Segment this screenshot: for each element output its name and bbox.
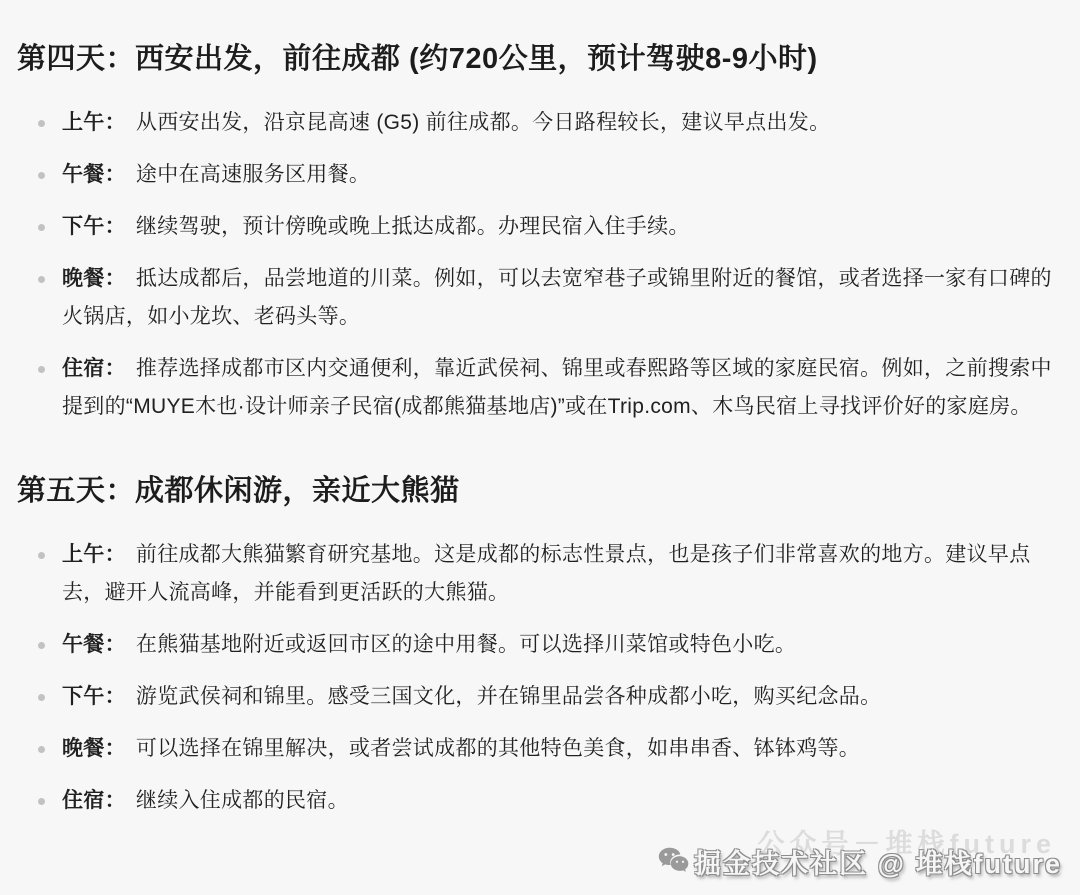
day-sections: 第四天：西安出发，前往成都 (约720公里，预计驾驶8-9小时) 上午：从西安出…	[17, 40, 1063, 820]
itinerary-item: 午餐：途中在高速服务区用餐。	[17, 156, 1063, 194]
item-label: 住宿：	[62, 357, 126, 380]
bullet-icon	[38, 172, 45, 179]
day-section: 第四天：西安出发，前往成都 (约720公里，预计驾驶8-9小时) 上午：从西安出…	[17, 40, 1063, 426]
item-label: 住宿：	[62, 789, 126, 812]
item-text: 在熊猫基地附近或返回市区的途中用餐。可以选择川菜馆或特色小吃。	[136, 633, 796, 656]
day-heading: 第五天：成都休闲游，亲近大熊猫	[17, 472, 1063, 510]
item-text: 从西安出发，沿京昆高速 (G5) 前往成都。今日路程较长，建议早点出发。	[136, 111, 830, 134]
item-label: 午餐：	[62, 633, 126, 656]
itinerary-item: 晚餐：可以选择在锦里解决，或者尝试成都的其他特色美食，如串串香、钵钵鸡等。	[17, 730, 1063, 768]
item-label: 上午：	[62, 111, 126, 134]
item-label: 下午：	[62, 215, 126, 238]
itinerary-item: 上午：从西安出发，沿京昆高速 (G5) 前往成都。今日路程较长，建议早点出发。	[17, 104, 1063, 142]
itinerary-item: 住宿：继续入住成都的民宿。	[17, 782, 1063, 820]
bullet-icon	[38, 642, 45, 649]
day-items: 上午：从西安出发，沿京昆高速 (G5) 前往成都。今日路程较长，建议早点出发。 …	[17, 104, 1063, 426]
bullet-icon	[38, 798, 45, 805]
itinerary-item: 上午：前往成都大熊猫繁育研究基地。这是成都的标志性景点，也是孩子们非常喜欢的地方…	[17, 536, 1063, 612]
itinerary-document: 第四天：西安出发，前往成都 (约720公里，预计驾驶8-9小时) 上午：从西安出…	[0, 0, 1080, 895]
day-items: 上午：前往成都大熊猫繁育研究基地。这是成都的标志性景点，也是孩子们非常喜欢的地方…	[17, 536, 1063, 820]
itinerary-item: 晚餐：抵达成都后，品尝地道的川菜。例如，可以去宽窄巷子或锦里附近的餐馆，或者选择…	[17, 260, 1063, 336]
item-text: 前往成都大熊猫繁育研究基地。这是成都的标志性景点，也是孩子们非常喜欢的地方。建议…	[62, 543, 1031, 604]
bullet-icon	[38, 552, 45, 559]
itinerary-item: 下午：游览武侯祠和锦里。感受三国文化，并在锦里品尝各种成都小吃，购买纪念品。	[17, 678, 1063, 716]
item-label: 上午：	[62, 543, 126, 566]
bullet-icon	[38, 694, 45, 701]
itinerary-item: 住宿：推荐选择成都市区内交通便利，靠近武侯祠、锦里或春熙路等区域的家庭民宿。例如…	[17, 350, 1063, 426]
watermark: 公众号－堆栈future 掘金技术社区 @ 堆栈future	[656, 835, 1062, 887]
bullet-icon	[38, 276, 45, 283]
bullet-icon	[38, 224, 45, 231]
itinerary-item: 午餐：在熊猫基地附近或返回市区的途中用餐。可以选择川菜馆或特色小吃。	[17, 626, 1063, 664]
item-text: 途中在高速服务区用餐。	[136, 163, 370, 186]
item-label: 晚餐：	[62, 737, 126, 760]
item-text: 继续驾驶，预计傍晚或晚上抵达成都。办理民宿入住手续。	[136, 215, 690, 238]
item-label: 晚餐：	[62, 267, 126, 290]
day-heading: 第四天：西安出发，前往成都 (约720公里，预计驾驶8-9小时)	[17, 40, 1063, 78]
itinerary-item: 下午：继续驾驶，预计傍晚或晚上抵达成都。办理民宿入住手续。	[17, 208, 1063, 246]
item-label: 午餐：	[62, 163, 126, 186]
item-text: 抵达成都后，品尝地道的川菜。例如，可以去宽窄巷子或锦里附近的餐馆，或者选择一家有…	[62, 267, 1052, 328]
item-text: 可以选择在锦里解决，或者尝试成都的其他特色美食，如串串香、钵钵鸡等。	[136, 737, 860, 760]
wechat-icon	[656, 844, 690, 878]
watermark-main-text: 掘金技术社区 @ 堆栈future	[694, 842, 1062, 881]
bullet-icon	[38, 746, 45, 753]
bullet-icon	[38, 120, 45, 127]
item-text: 继续入住成都的民宿。	[136, 789, 349, 812]
bullet-icon	[38, 366, 45, 373]
day-section: 第五天：成都休闲游，亲近大熊猫 上午：前往成都大熊猫繁育研究基地。这是成都的标志…	[17, 472, 1063, 820]
item-text: 推荐选择成都市区内交通便利，靠近武侯祠、锦里或春熙路等区域的家庭民宿。例如，之前…	[62, 357, 1052, 418]
item-text: 游览武侯祠和锦里。感受三国文化，并在锦里品尝各种成都小吃，购买纪念品。	[136, 685, 882, 708]
item-label: 下午：	[62, 685, 126, 708]
